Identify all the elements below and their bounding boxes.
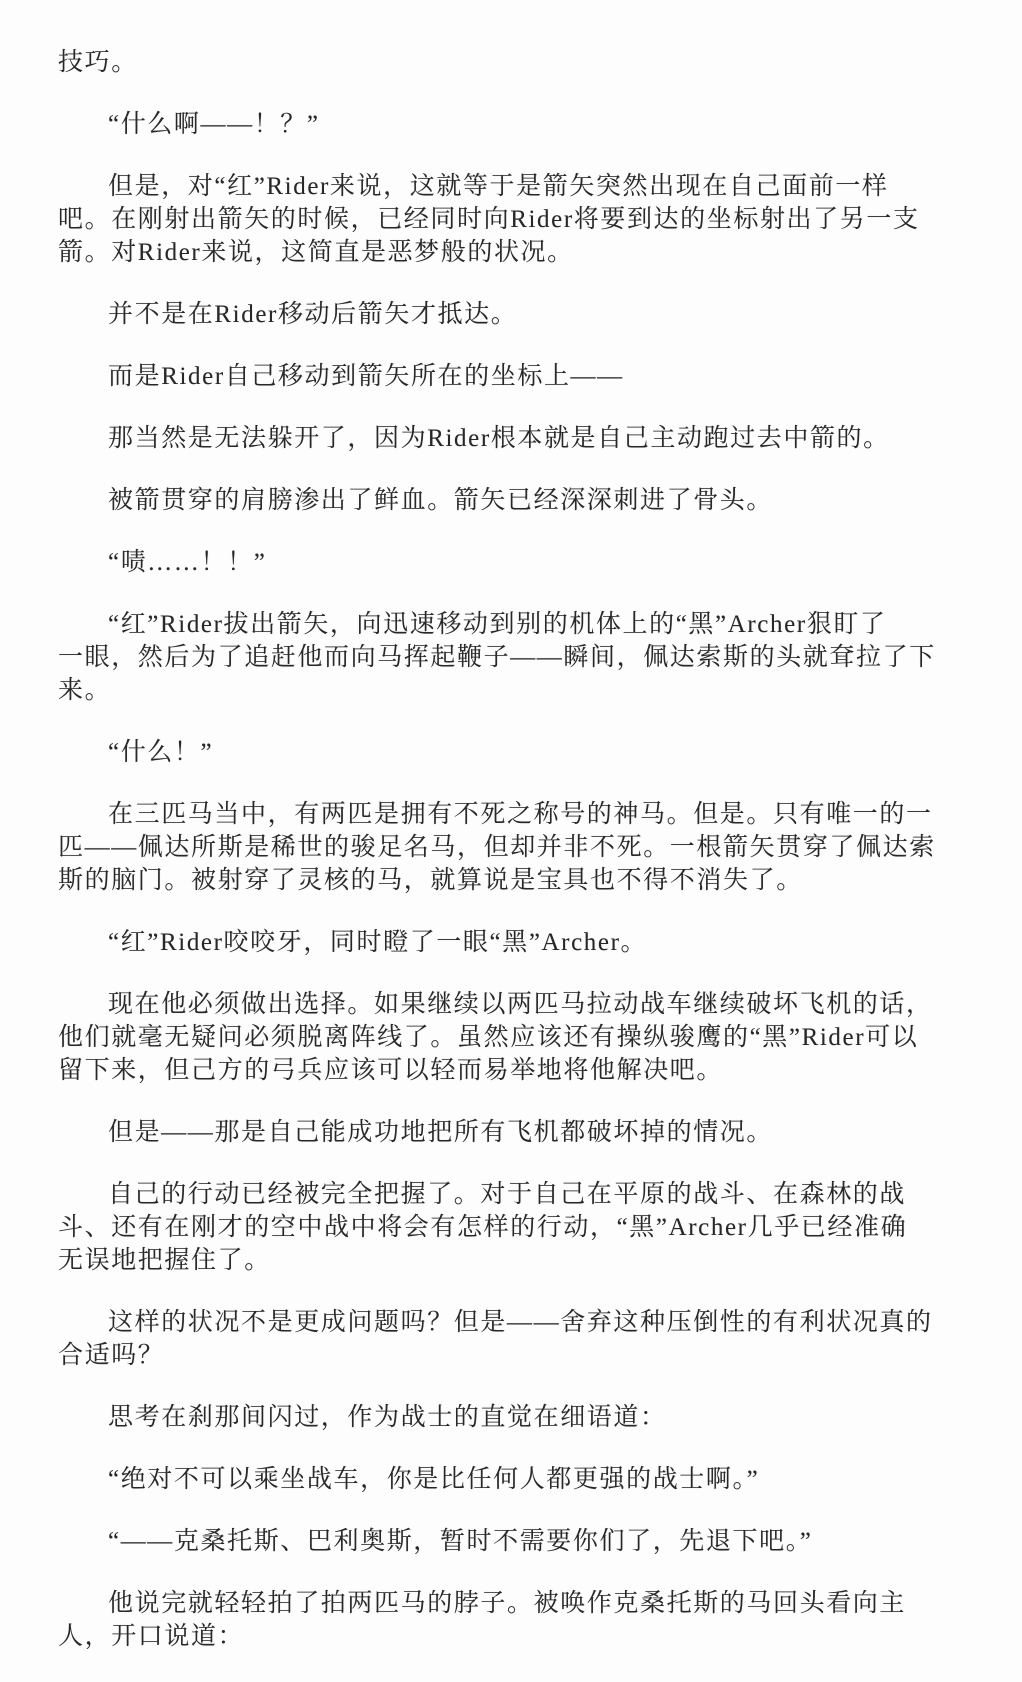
paragraph: 现在他必须做出选择。如果继续以两匹马拉动战车继续破坏飞机的话， 他们就毫无疑问必… — [58, 988, 976, 1087]
paragraph: 被箭贯穿的肩膀渗出了鲜血。箭矢已经深深刺进了骨头。 — [58, 484, 976, 517]
paragraph: 那当然是无法躲开了，因为Rider根本就是自己主动跑过去中箭的。 — [58, 422, 976, 455]
paragraph: “绝对不可以乘坐战车，你是比任何人都更强的战士啊。” — [58, 1463, 976, 1496]
paragraph: 并不是在Rider移动后箭矢才抵达。 — [58, 298, 976, 331]
paragraph: “红”Rider拔出箭矢，向迅速移动到别的机体上的“黑”Archer狠盯了 一眼… — [58, 608, 976, 707]
paragraph: 但是——那是自己能成功地把所有飞机都破坏掉的情况。 — [58, 1116, 976, 1149]
paragraph: 技巧。 — [58, 46, 976, 79]
paragraph: 他说完就轻轻拍了拍两匹马的脖子。被唤作克桑托斯的马回头看向主 人，开口说道： — [58, 1587, 976, 1653]
paragraph: “什么啊——！？” — [58, 108, 976, 141]
novel-page: 技巧。 “什么啊——！？” 但是，对“红”Rider来说，这就等于是箭矢突然出现… — [0, 0, 1022, 1682]
paragraph: “啧……！！” — [58, 546, 976, 579]
paragraph: 而是Rider自己移动到箭矢所在的坐标上—— — [58, 360, 976, 393]
paragraph: 在三匹马当中，有两匹是拥有不死之称号的神马。但是。只有唯一的一 匹——佩达所斯是… — [58, 798, 976, 897]
paragraph: “红”Rider咬咬牙，同时瞪了一眼“黑”Archer。 — [58, 926, 976, 959]
paragraph: 这样的状况不是更成问题吗？但是——舍弃这种压倒性的有利状况真的 合适吗？ — [58, 1306, 976, 1372]
paragraph: “什么！” — [58, 736, 976, 769]
paragraph: 但是，对“红”Rider来说，这就等于是箭矢突然出现在自己面前一样 吧。在刚射出… — [58, 170, 976, 269]
paragraph: “——克桑托斯、巴利奥斯，暂时不需要你们了，先退下吧。” — [58, 1525, 976, 1558]
paragraph: 思考在刹那间闪过，作为战士的直觉在细语道： — [58, 1401, 976, 1434]
paragraph: 自己的行动已经被完全把握了。对于自己在平原的战斗、在森林的战 斗、还有在刚才的空… — [58, 1178, 976, 1277]
